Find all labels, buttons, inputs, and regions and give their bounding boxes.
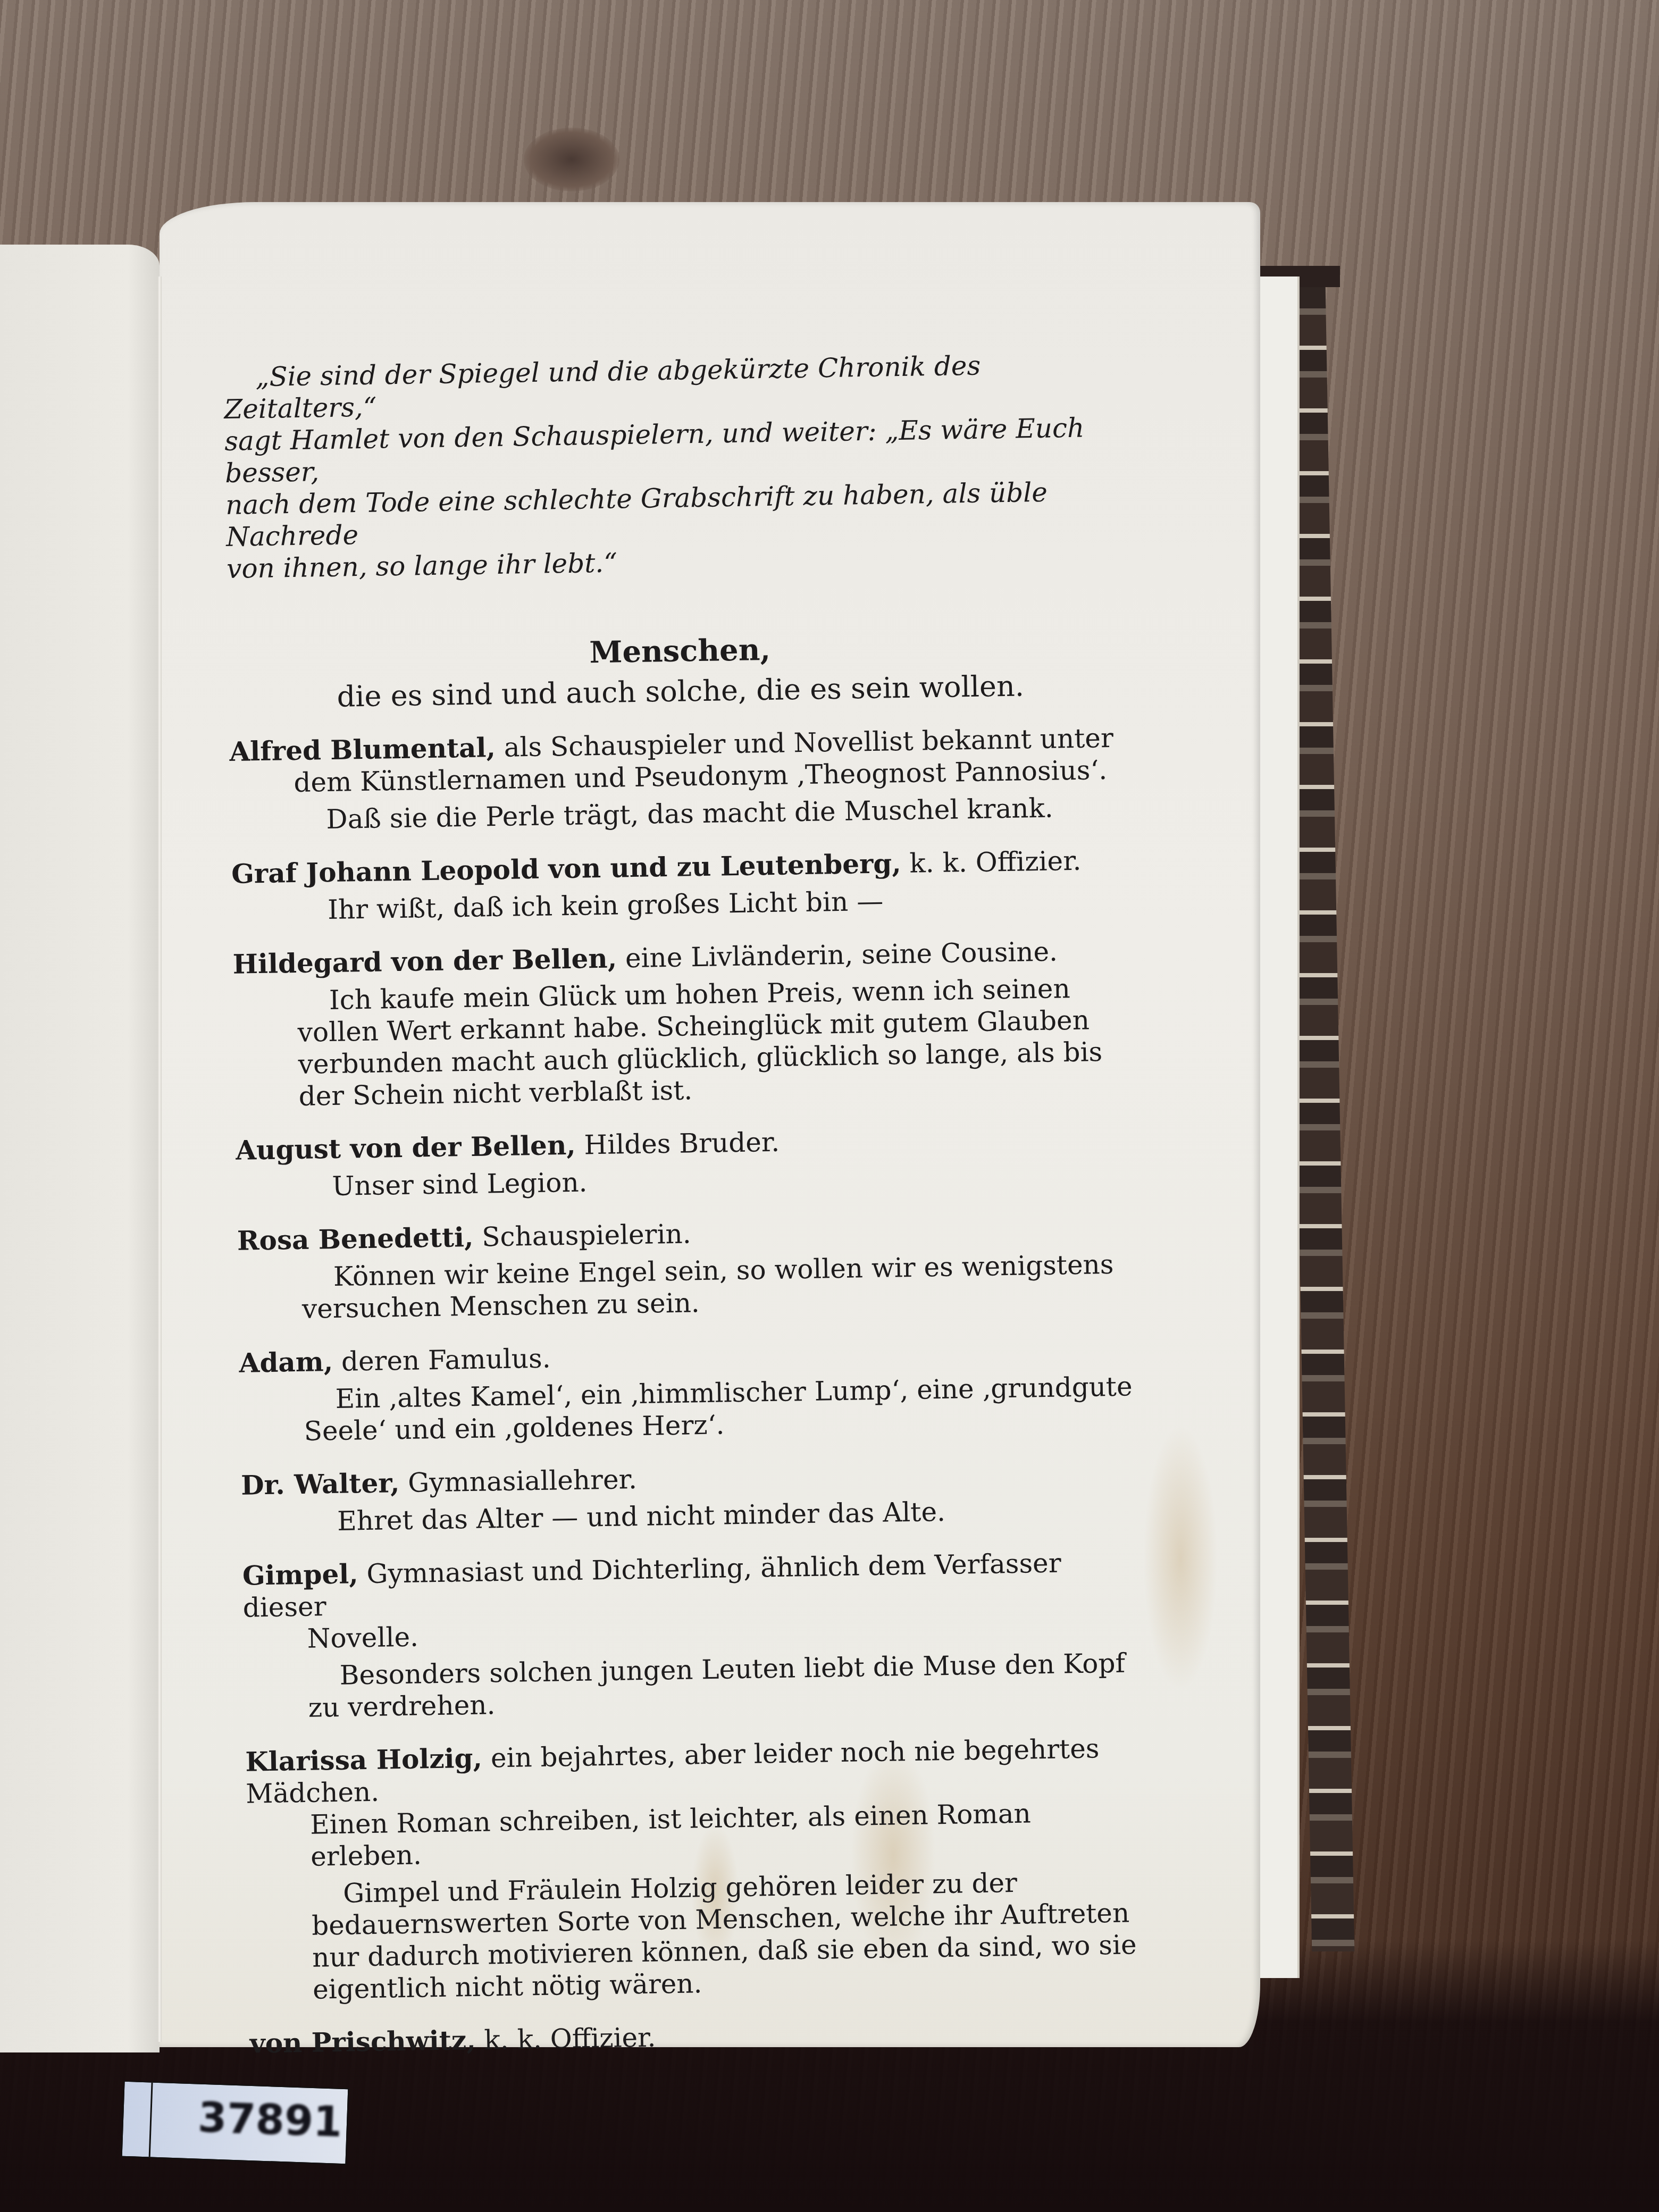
character-name: Graf Johann Leopold von und zu Leutenber… [231,848,901,890]
character-quote: Daß sie die Perle trägt, das macht die M… [230,791,1135,837]
character-entry: Alfred Blumental, als Schauspieler und N… [229,722,1135,837]
epigraph: „Sie sind der Spiegel und die abgekürzte… [223,347,1130,585]
wood-knot [524,128,619,191]
character-desc: Gymnasiallehrer. [408,1464,637,1498]
section-heading: Menschen, [228,628,1132,674]
character-entry: Gimpel, Gymnasiast und Dichterling, ähnl… [242,1546,1149,1725]
character-quote: Besonders solchen jungen Leuten liebt di… [244,1647,1149,1725]
character-entry: Rosa Benedetti, Schauspielerin. Können w… [237,1211,1143,1326]
character-name: Adam, [239,1346,333,1379]
character-entry: Graf Johann Leopold von und zu Leutenber… [231,844,1136,927]
character-name: Alfred Blumental, [229,732,496,767]
character-name: Rosa Benedetti, [237,1221,474,1256]
character-name: von Prischwitz, [249,2024,476,2059]
character-quote: Können wir keine Engel sein, so wollen w… [238,1248,1143,1326]
character-entry: August von der Bellen, Hildes Bruder. Un… [236,1120,1141,1204]
character-desc: Schauspielerin. [482,1218,691,1252]
character-quote: Unser sind Legion. [236,1158,1141,1204]
book-gutter [157,276,162,2042]
character-name: Klarissa Holzig, [245,1742,483,1778]
character-quote: Ihr wißt, daß ich kein großes Licht bin … [232,881,1136,927]
section-subheading: die es sind und auch solche, die es sein… [228,668,1133,715]
inventory-label: 37891 [121,2081,349,2165]
character-quote: Ich kaufe mein Glück um hohen Preis, wen… [233,971,1139,1113]
foxing-stain [1143,1425,1218,1691]
character-quote: Gimpel und Fräulein Holzig gehören leide… [247,1865,1153,2007]
character-entry: Klarissa Holzig, ein bejahrtes, aber lei… [245,1732,1153,2007]
left-page [0,245,160,2052]
character-name: Dr. Walter, [241,1467,400,1501]
character-entry: Hildegard von der Bellen, eine Livländer… [232,934,1139,1113]
page-text: „Sie sind der Spiegel und die abgekürzte… [223,347,1154,2059]
character-name: Hildegard von der Bellen, [232,943,617,980]
character-desc: k. k. Offizier. [484,2022,656,2056]
character-desc-cont: Einen Roman schreiben, ist leichter, als… [246,1796,1151,1874]
character-desc: Hildes Bruder. [584,1127,780,1161]
character-name: Gimpel, [242,1558,358,1591]
character-desc: Gymnasiast und Dichterling, ähnlich dem … [242,1548,1061,1623]
label-rule [149,2082,153,2157]
character-desc: eine Livländerin, seine Cousine. [625,936,1058,974]
inventory-number: 37891 [197,2094,343,2147]
character-desc: k. k. Offizier. [909,845,1082,879]
character-desc: deren Famulus. [341,1343,551,1377]
character-name: August von der Bellen, [236,1129,576,1166]
character-quote: Ehret das Alter — und nicht minder das A… [241,1493,1146,1539]
character-quote: Ein ‚altes Kamel‘, ein ‚himmlischer Lump… [239,1370,1144,1448]
character-entry: Dr. Walter, Gymnasiallehrer. Ehret das A… [241,1455,1146,1539]
character-entry: Adam, deren Famulus. Ein ‚altes Kamel‘, … [239,1333,1144,1448]
